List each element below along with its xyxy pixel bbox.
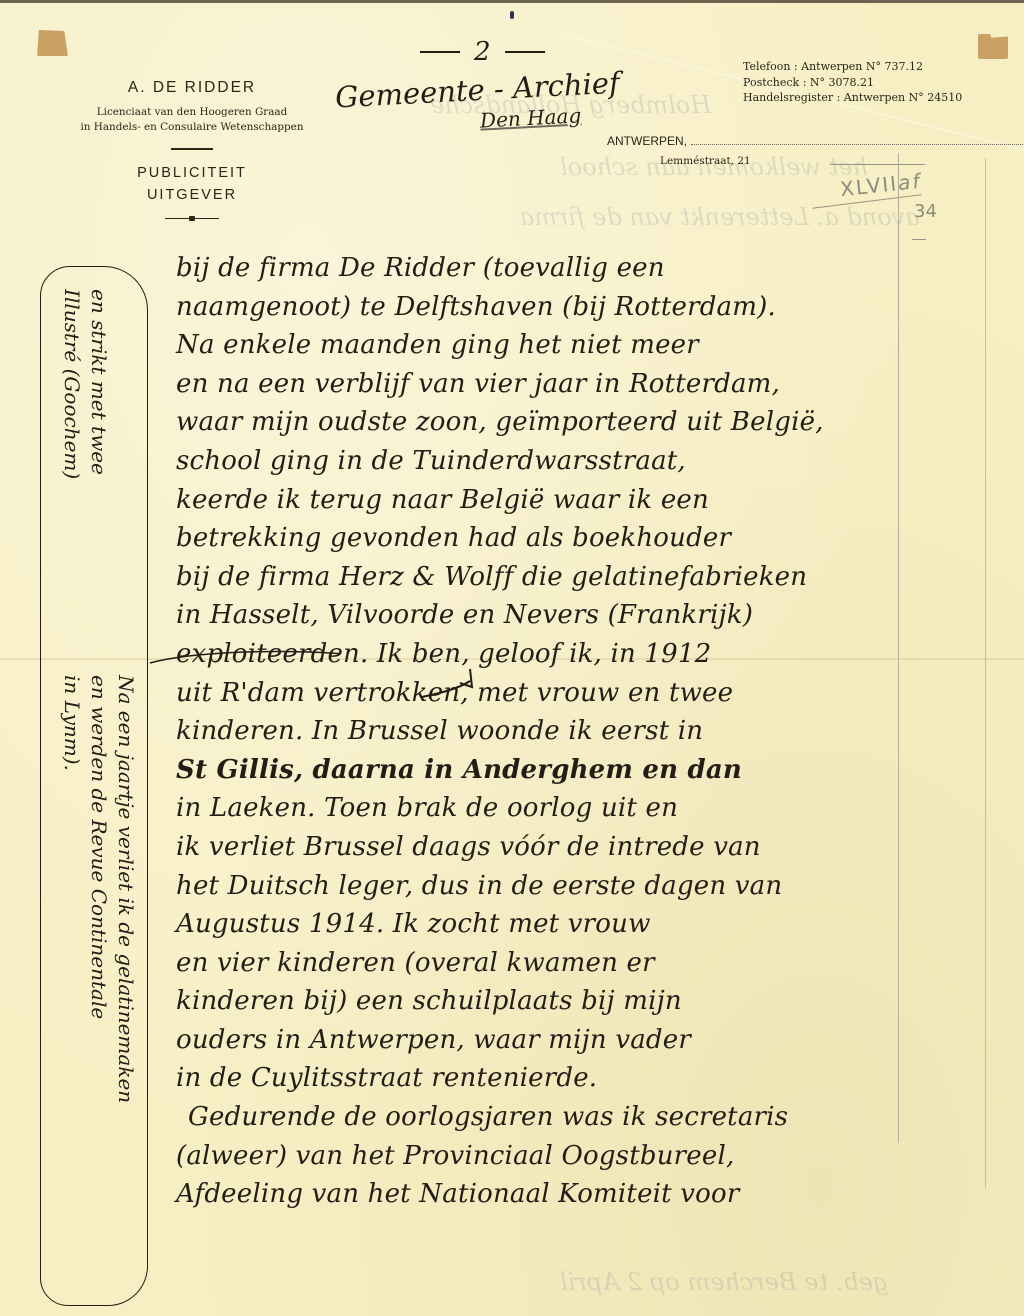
body-line: in de Cuylitsstraat rentenierde.: [176, 1059, 996, 1098]
letterhead-left: A. DE RIDDER Licenciaat van den Hoogeren…: [62, 79, 322, 223]
body-line: en vier kinderen (overal kwamen er: [176, 944, 996, 983]
role-line-1: PUBLICITEIT: [62, 162, 322, 184]
body-line: betrekking gevonden had als boekhouder: [176, 519, 996, 558]
body-line: bij de firma Herz & Wolff die gelatinefa…: [176, 558, 996, 597]
body-line: naamgenoot) te Delftshaven (bij Rotterda…: [176, 288, 996, 327]
body-line: school ging in de Tuinderdwarsstraat,: [176, 442, 996, 481]
body-line: kinderen bij) een schuilplaats bij mijn: [176, 982, 996, 1021]
tape-mark-left: [37, 30, 68, 56]
body-line: ik verliet Brussel daags vóór de intrede…: [176, 828, 996, 867]
credential-line-1: Licenciaat van den Hoogeren Graad: [62, 105, 322, 120]
dash-left: [420, 51, 460, 53]
body-line: ouders in Antwerpen, waar mijn vader: [176, 1021, 996, 1060]
telefoon-line: Telefoon : Antwerpen N° 737.12: [743, 59, 962, 75]
pencil-folio-rule: [912, 239, 926, 240]
body-line: in Hasselt, Vilvoorde en Nevers (Frankri…: [176, 596, 996, 635]
handelsregister-line: Handelsregister : Antwerpen N° 24510: [743, 90, 962, 106]
body-line: waar mijn oudste zoon, geïmporteerd uit …: [176, 403, 996, 442]
tape-mark-right: [978, 34, 1008, 59]
body-line: Afdeeling van het Nationaal Komiteit voo…: [176, 1175, 996, 1214]
ornament-divider-icon: [165, 215, 219, 223]
date-dotted-line: [691, 134, 1024, 145]
city-label: ANTWERPEN,: [607, 134, 687, 148]
ink-dot: [510, 11, 514, 19]
pencil-rule: [830, 164, 925, 165]
body-line: Augustus 1914. Ik zocht met vrouw: [176, 905, 996, 944]
body-line: keerde ik terug naar België waar ik een: [176, 481, 996, 520]
letterhead-contact: Telefoon : Antwerpen N° 737.12 Postcheck…: [743, 59, 962, 106]
body-line: St Gillis, daarna in Anderghem en dan: [176, 751, 996, 790]
body-line: (alweer) van het Provinciaal Oogstbureel…: [176, 1137, 996, 1176]
city-date-line: ANTWERPEN,: [607, 134, 1024, 148]
body-line: Na enkele maanden ging het niet meer: [176, 326, 996, 365]
postcheck-line: Postcheck : N° 3078.21: [743, 75, 962, 91]
letterhead-rule: [171, 148, 213, 150]
bleed-through-text: avond a. Letterenkt van de firma: [520, 203, 920, 231]
body-line: het Duitsch leger, dus in de eerste dage…: [176, 867, 996, 906]
pencil-folio-number: 34: [914, 201, 937, 222]
page-number: 2: [420, 37, 545, 67]
street-address: Lemméstraat, 21: [660, 155, 751, 167]
letterhead-name: A. DE RIDDER: [62, 79, 322, 97]
margin-connector-line: [140, 643, 340, 683]
bleed-through-text: geb. te Berchem op 2 April: [560, 1268, 888, 1296]
margin-note-upper: en strikt met twee Illustré (Goochem): [58, 289, 112, 669]
role-line-2: UITGEVER: [62, 184, 322, 206]
credential-line-2: in Handels- en Consulaire Wetenschappen: [62, 120, 322, 135]
insertion-arrow-icon: [420, 667, 480, 707]
body-line: in Laeken. Toen brak de oorlog uit en: [176, 789, 996, 828]
body-line: en na een verblijf van vier jaar in Rott…: [176, 365, 996, 404]
archive-city-note: Den Haag: [479, 103, 581, 132]
margin-note-lower: Na een jaartje verliet ik de gelatinemak…: [58, 675, 139, 1305]
body-line: kinderen. In Brussel woonde ik eerst in: [176, 712, 996, 751]
letter-page: Holmberg Hollandsche het welkomen aan sc…: [0, 0, 1024, 1316]
dash-right: [505, 51, 545, 53]
body-line: Gedurende de oorlogsjaren was ik secreta…: [176, 1098, 996, 1137]
letter-body: bij de firma De Ridder (toevallig een na…: [176, 249, 996, 1214]
body-line: bij de firma De Ridder (toevallig een: [176, 249, 996, 288]
